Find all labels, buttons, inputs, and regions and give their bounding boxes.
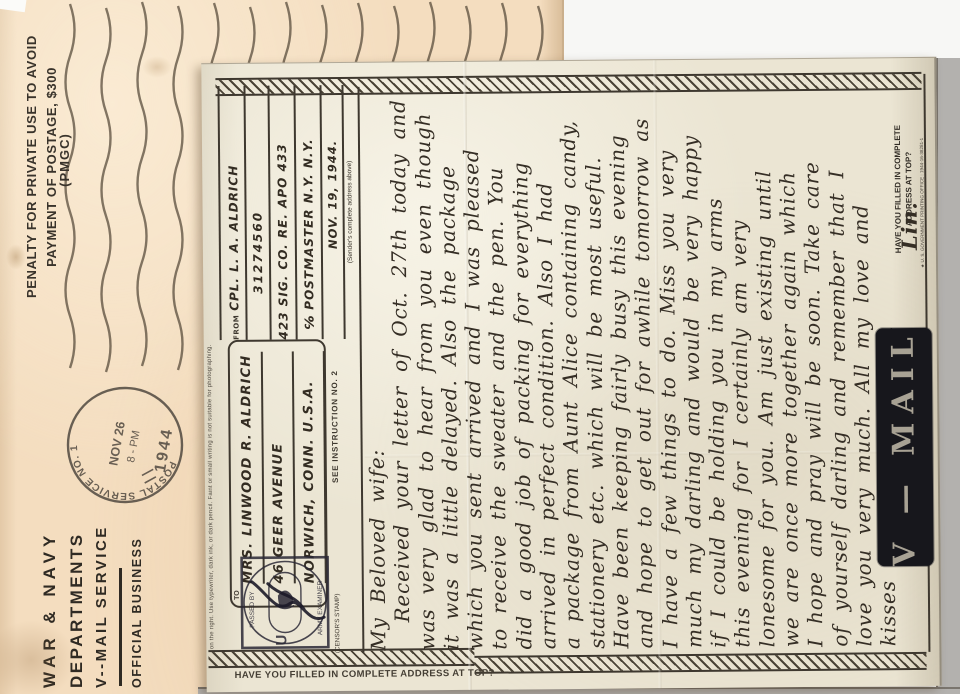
from-caption: (Sender's complete address above) (343, 85, 357, 339)
scanned-vmail-letter: PENALTY FOR PRIVATE USE TO AVOID PAYMENT… (0, 0, 960, 694)
sender-serial: 31274560 (245, 86, 271, 340)
edge-instruction: on the right. Use typewriter, dark ink, … (204, 89, 219, 649)
letter-date: NOV. 19, 1944. (321, 85, 345, 339)
vmail-banner: V — MAIL (876, 328, 934, 566)
sender-unit: 423 SIG. CO. RE. APO 433 (269, 85, 297, 339)
censor-passed-by: PASSED BY (249, 591, 256, 628)
sender-care-of: ℅ POSTMASTER N.Y. N.Y. (295, 85, 323, 339)
recipient-address-line: NORWICH, CONN. U.S.A. (294, 351, 327, 583)
hatch-border-bottom-right (474, 652, 926, 674)
divider-rule (119, 568, 122, 686)
handwritten-line: much my darling and would be very happy (677, 80, 706, 648)
censor-examiner: ARMY EXAMINER (317, 580, 324, 635)
handwritten-lines: My Beloved wife:Received your letter of … (361, 78, 900, 651)
letter-body: My Beloved wife:Received your letter of … (361, 78, 926, 651)
sender-name: CPL. L. A. ALDRICH (226, 165, 241, 311)
gpo-imprint: ★ U. S. GOVERNMENT PRINTING OFFICE : 194… (919, 114, 929, 268)
penalty-line-1: PENALTY FOR PRIVATE USE TO AVOID (22, 36, 42, 298)
official-business-line: OFFICIAL BUSINESS (128, 476, 146, 688)
vmail-service-line: V--MAIL SERVICE (90, 476, 114, 688)
censor-initial: U (273, 635, 290, 646)
vmail-letter-sheet: on the right. Use typewriter, dark ink, … (201, 57, 941, 692)
recipient-address-line: 46 GEER AVENUE (263, 351, 296, 583)
see-instruction-label: SEE INSTRUCTION NO. 2 (330, 349, 347, 483)
censor-caption: (CENSOR'S STAMP) (334, 561, 346, 653)
address-reminder-bottom: HAVE YOU FILLED IN COMPLETE ADDRESS AT T… (235, 667, 525, 681)
war-navy-line: WAR & NAVY (36, 476, 63, 688)
official-business-block: WAR & NAVY DEPARTMENTS V--MAIL SERVICE O… (36, 476, 156, 688)
censor-stamp: PASSED BY ARMY EXAMINER U (238, 553, 333, 652)
address-reminder-side: HAVE YOU FILLED IN COMPLETE ADDRESS AT T… (892, 112, 919, 266)
from-box: FROMCPL. L. A. ALDRICH 31274560 423 SIG.… (217, 85, 347, 340)
recipient-address-line: MRS. LINWOOD R. ALDRICH (232, 352, 265, 584)
from-label: FROM (232, 315, 240, 340)
envelope-corner-gap (0, 0, 27, 12)
handwritten-line: did a good job of packing for everything (507, 81, 536, 649)
departments-line: DEPARTMENTS (63, 476, 90, 688)
postmark-time: 8 - PM (125, 430, 142, 464)
pmgc-label: (PMGC) (56, 126, 78, 194)
handwritten-line: I hope and pray will be soon. Take care (799, 79, 828, 647)
